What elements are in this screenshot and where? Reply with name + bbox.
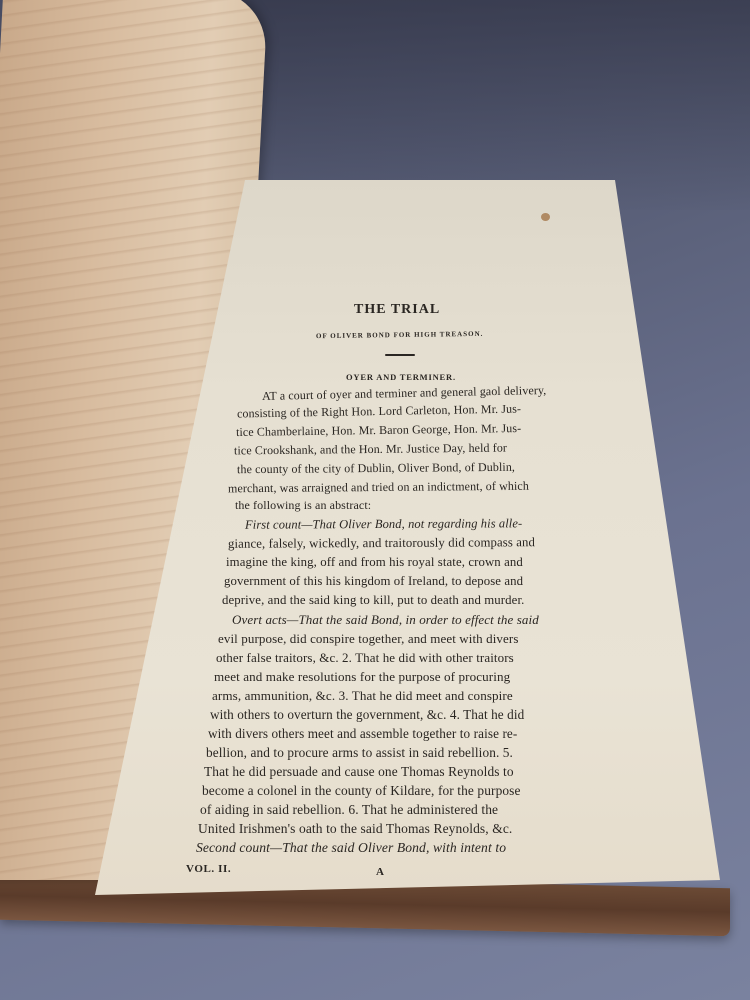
text-line: tice Crookshank, and the Hon. Mr. Justic… [234, 441, 507, 459]
text-line: consisting of the Right Hon. Lord Carlet… [237, 402, 521, 422]
page-subtitle: OF OLIVER BOND FOR HIGH TREASON. [316, 330, 483, 340]
text-line: Overt acts—That the said Bond, in order … [232, 612, 539, 628]
text-line: imagine the king, off and from his royal… [226, 555, 523, 570]
text-line: Second count—That the said Oliver Bond, … [196, 840, 506, 856]
text-line: merchant, was arraigned and tried on an … [228, 479, 529, 497]
title-rule [385, 354, 415, 356]
text-line: deprive, and the said king to kill, put … [222, 593, 524, 608]
text-line: First count—That Oliver Bond, not regard… [245, 516, 522, 532]
text-line: with divers others meet and assemble tog… [208, 726, 517, 742]
text-line: of aiding in said rebellion. 6. That he … [200, 802, 498, 818]
text-line: bellion, and to procure arms to assist i… [206, 745, 513, 761]
text-line: That he did persuade and cause one Thoma… [204, 764, 514, 780]
page-content: THE TRIAL OF OLIVER BOND FOR HIGH TREASO… [0, 0, 750, 1000]
text-line: other false traitors, &c. 2. That he did… [216, 650, 514, 666]
volume-label: VOL. II. [186, 863, 231, 875]
text-line: the county of the city of Dublin, Oliver… [237, 460, 515, 477]
text-line: evil purpose, did conspire together, and… [218, 631, 519, 647]
signature-mark: A [376, 866, 385, 878]
text-line: United Irishmen's oath to the said Thoma… [198, 821, 512, 837]
text-line: the following is an abstract: [235, 498, 371, 513]
text-line: tice Chamberlaine, Hon. Mr. Baron George… [236, 421, 521, 440]
text-line: with others to overturn the government, … [210, 707, 524, 723]
foxing-spot [541, 213, 550, 221]
page-title: THE TRIAL [354, 302, 440, 318]
text-line: government of this his kingdom of Irelan… [224, 574, 523, 589]
text-line: arms, ammunition, &c. 3. That he did mee… [212, 688, 513, 704]
text-line: become a colonel in the county of Kildar… [202, 783, 521, 799]
text-line: meet and make resolutions for the purpos… [214, 669, 510, 685]
section-heading: OYER AND TERMINER. [346, 372, 456, 382]
text-line: giance, falsely, wickedly, and traitorou… [228, 535, 535, 552]
